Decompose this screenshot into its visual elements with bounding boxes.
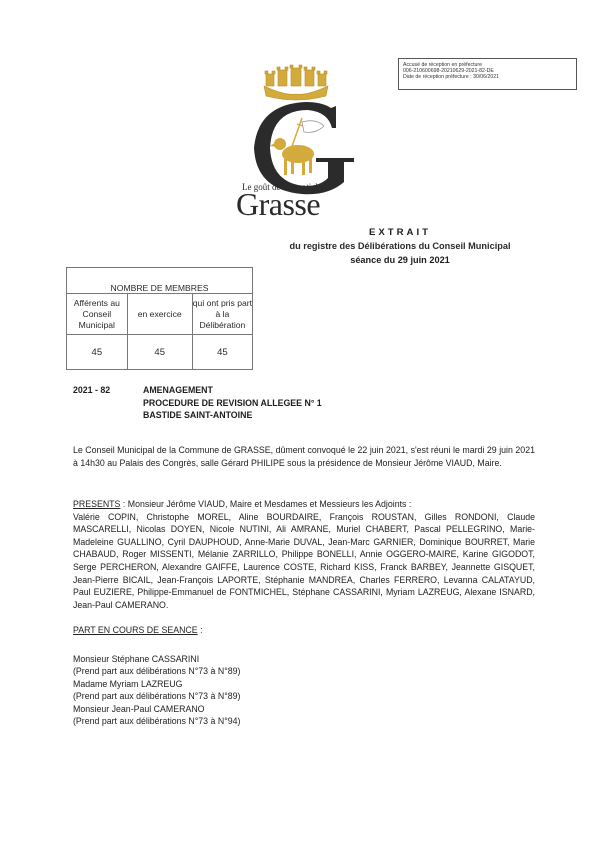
part-en-cours-suffix: : bbox=[198, 625, 203, 635]
deliberation-title-line: AMENAGEMENT bbox=[143, 384, 322, 397]
deliberation-number: 2021 - 82 bbox=[73, 384, 110, 397]
header-afferents: Afférents au Conseil Municipal bbox=[67, 294, 128, 335]
list-item: (Prend part aux délibérations N°73 à N°9… bbox=[73, 715, 240, 727]
presents-lead: : Monsieur Jérôme VIAUD, Maire et Mesdam… bbox=[120, 499, 411, 509]
list-item: (Prend part aux délibérations N°73 à N°8… bbox=[73, 665, 240, 677]
list-item: Madame Myriam LAZREUG bbox=[73, 678, 240, 690]
deliberation-title-line: BASTIDE SAINT-ANTOINE bbox=[143, 409, 322, 422]
value-ont-pris-part: 45 bbox=[192, 335, 252, 370]
part-en-cours-heading: PART EN COURS DE SEANCE : bbox=[73, 624, 535, 637]
logo-name: Grasse bbox=[236, 186, 320, 223]
members-count-table: NOMBRE DE MEMBRES Afférents au Conseil M… bbox=[66, 267, 253, 370]
value-afferents: 45 bbox=[67, 335, 128, 370]
grasse-logo: Le goût de l'essentiel Grasse bbox=[236, 64, 360, 214]
list-item: Monsieur Stéphane CASSARINI bbox=[73, 653, 240, 665]
table-title: NOMBRE DE MEMBRES bbox=[67, 268, 253, 294]
list-item: (Prend part aux délibérations N°73 à N°8… bbox=[73, 690, 240, 702]
extrait-title: EXTRAIT bbox=[100, 227, 600, 238]
header-ont-pris-part: qui ont pris part à la Délibération bbox=[192, 294, 252, 335]
presents-paragraph: PRESENTS : Monsieur Jérôme VIAUD, Maire … bbox=[73, 498, 535, 611]
seance-date: séance du 29 juin 2021 bbox=[100, 255, 600, 265]
part-en-cours-list: Monsieur Stéphane CASSARINI (Prend part … bbox=[73, 653, 240, 727]
value-en-exercice: 45 bbox=[127, 335, 192, 370]
presents-label: PRESENTS bbox=[73, 499, 120, 509]
registre-subtitle: du registre des Délibérations du Conseil… bbox=[100, 241, 600, 251]
part-en-cours-label: PART EN COURS DE SEANCE bbox=[73, 625, 198, 635]
intro-paragraph: Le Conseil Municipal de la Commune de GR… bbox=[73, 444, 535, 469]
deliberation-title-line: PROCEDURE DE REVISION ALLEGEE N° 1 bbox=[143, 397, 322, 410]
header-en-exercice: en exercice bbox=[127, 294, 192, 335]
deliberation-title: AMENAGEMENT PROCEDURE DE REVISION ALLEGE… bbox=[143, 384, 322, 422]
stamp-line: Date de réception préfecture : 30/06/202… bbox=[403, 74, 572, 80]
presents-names: Valérie COPIN, Christophe MOREL, Aline B… bbox=[73, 512, 535, 610]
prefecture-receipt-stamp: Accusé de réception en préfecture 006-21… bbox=[398, 58, 577, 90]
list-item: Monsieur Jean-Paul CAMERANO bbox=[73, 703, 240, 715]
